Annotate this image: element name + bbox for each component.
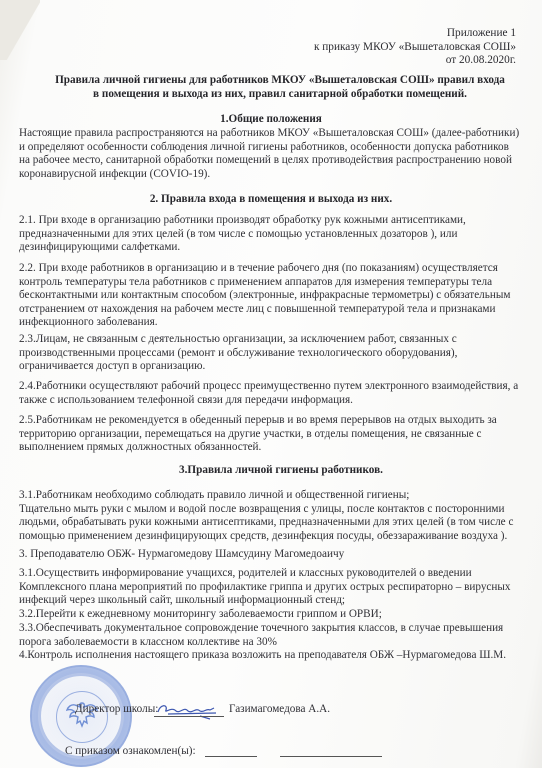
director-label: Директор школы: — [75, 703, 158, 715]
acknowledged-blank-2 — [280, 756, 382, 757]
item-2-1: 2.1. При входе в организацию работники п… — [19, 214, 529, 255]
director-name: Газимагомедова А.А. — [229, 703, 330, 715]
item-2-5: 2.5.Работникам не рекомендуется в обеден… — [19, 414, 529, 455]
section-2-heading: 2. Правила входа в помещения и выхода из… — [0, 193, 542, 205]
acknowledged-label: С приказом ознакомлен(ы): — [65, 745, 196, 757]
teacher-item-3-1-3-2: 3.1.Осуществить информирование учащихся,… — [19, 567, 529, 621]
document-page: Приложение 1 к приказу МКОУ «Вышеталовск… — [0, 0, 542, 768]
section-1-heading: 1.Общие положения — [0, 113, 542, 125]
teacher-heading: 3. Преподавателю ОБЖ- Нурмагомедову Шамс… — [19, 548, 529, 562]
teacher-item-3-3-and-4: 3.3.Обеспечивать документальное сопровож… — [19, 622, 529, 663]
appendix-header: Приложение 1 к приказу МКОУ «Вышеталовск… — [314, 27, 516, 68]
appendix-order: к приказу МКОУ «Вышеталовская СОШ» — [314, 41, 516, 55]
director-signature — [154, 700, 220, 720]
document-title: Правила личной гигиены для работников МК… — [30, 73, 530, 101]
title-line-2: в помещения и выхода из них, правил сани… — [30, 87, 530, 101]
section-3-heading: 3.Правила личной гигиены работников. — [10, 464, 542, 476]
appendix-date: от 20.08.2020г. — [314, 54, 516, 68]
title-line-1: Правила личной гигиены для работников МК… — [30, 73, 530, 87]
folded-corner — [0, 0, 40, 60]
item-2-4: 2.4.Работники осуществляют рабочий проце… — [19, 380, 529, 407]
appendix-number: Приложение 1 — [314, 27, 516, 41]
director-signature-line — [154, 716, 224, 717]
item-3-1: 3.1.Работникам необходимо соблюдать прав… — [19, 489, 529, 543]
item-2-2: 2.2. При входе работников в организацию … — [19, 262, 529, 330]
section-1-text: Настоящие правила распространяются на ра… — [19, 127, 529, 181]
item-2-3: 2.3.Лицам, не связанным с деятельностью … — [19, 333, 529, 374]
acknowledged-blank-1 — [205, 756, 257, 757]
